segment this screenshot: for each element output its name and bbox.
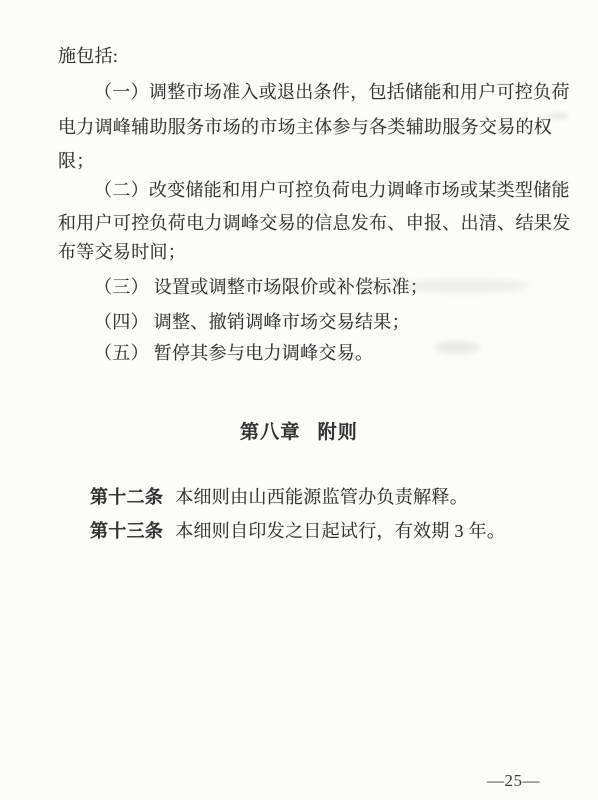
list-item-1-line-3: 限；	[58, 151, 95, 171]
list-item-2-line-3: 布等交易时间；	[58, 242, 186, 262]
chapter-heading: 第八章附则	[0, 422, 598, 444]
list-item-2-line-1: （二）改变储能和用户可控负荷电力调峰市场或某类型储能	[58, 180, 570, 200]
article-13-text: 本细则自印发之日起试行，有效期 3 年。	[175, 521, 505, 541]
article-12: 第十二条本细则由山西能源监管办负责解释。	[90, 487, 468, 507]
list-item-3-line-1: （三） 设置或调整市场限价或补偿标准；	[58, 277, 428, 297]
chapter-title: 附则	[318, 422, 358, 443]
article-12-text: 本细则由山西能源监管办负责解释。	[175, 487, 468, 507]
intro-line: 施包括:	[58, 46, 118, 66]
chapter-number: 第八章	[240, 422, 301, 443]
list-item-1-line-1: （一）调整市场准入或退出条件，包括储能和用户可控负荷	[58, 82, 570, 102]
list-item-4-line-1: （四） 调整、撤销调峰市场交易结果；	[58, 312, 410, 332]
list-item-5-line-1: （五） 暂停其参与电力调峰交易。	[58, 343, 373, 363]
article-12-label: 第十二条	[90, 487, 163, 507]
document-page: 施包括: （一）调整市场准入或退出条件，包括储能和用户可控负荷 电力调峰辅助服务…	[0, 0, 598, 800]
article-13-label: 第十三条	[90, 521, 163, 541]
scan-smudge	[434, 341, 480, 354]
list-item-1-line-2: 电力调峰辅助服务市场的市场主体参与各类辅助服务交易的权	[58, 117, 552, 137]
page-number: —25—	[487, 771, 540, 791]
article-13: 第十三条本细则自印发之日起试行，有效期 3 年。	[90, 521, 505, 541]
list-item-2-line-2: 和用户可控负荷电力调峰交易的信息发布、申报、出清、结果发	[58, 213, 570, 233]
